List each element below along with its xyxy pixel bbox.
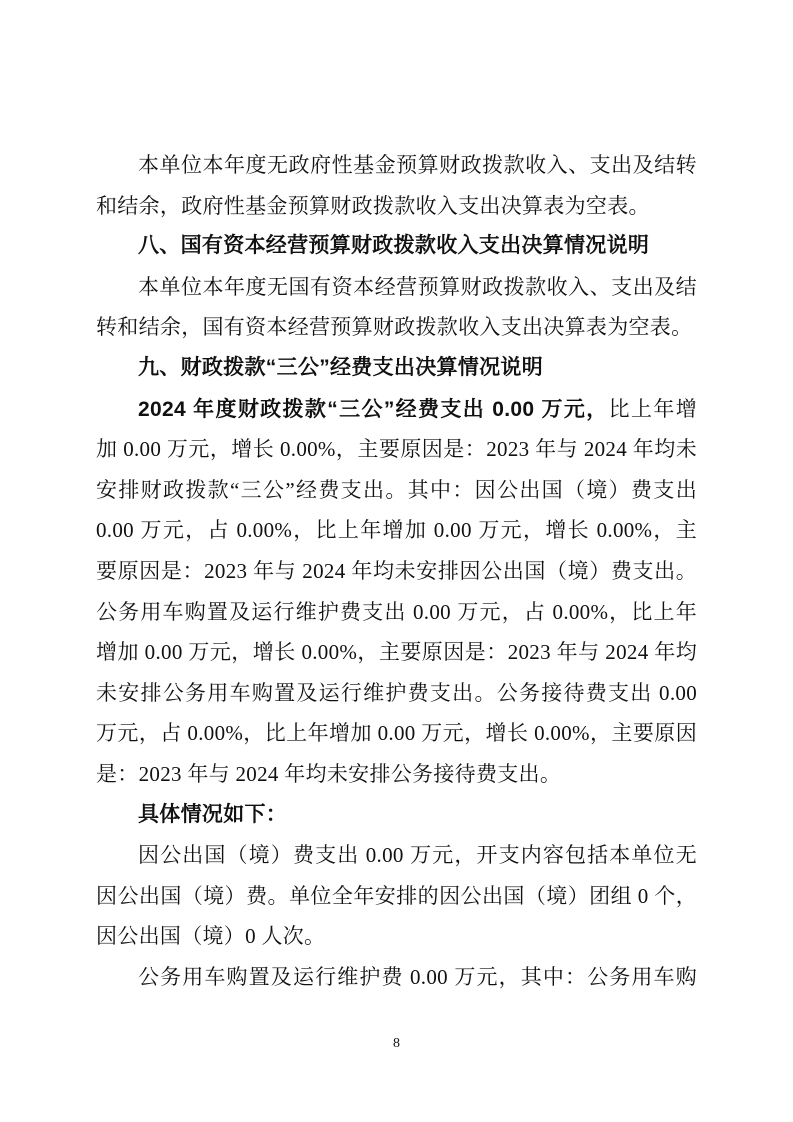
text-run: 本单位本年度无政府性基金预算财政拨款收入、支出及结转 [138,153,697,177]
text-run: 因公出国（境）0 人次。 [96,924,325,948]
text-run: 和结余，政府性基金预算财政拨款收入支出决算表为空表。 [96,194,650,218]
para-three-public-line1: 2024 年度财政拨款“三公”经费支出 0.00 万元，比上年增 [96,389,697,430]
text-run: 因公出国（境）费支出 0.00 万元，开支内容包括本单位无 [138,843,697,867]
subheading-details: 具体情况如下： [96,795,697,836]
text-run: 公务用车购置及运行维护费支出 0.00 万元，占 0.00%，比上年 [96,600,697,624]
text-run: 因公出国（境）费。单位全年安排的因公出国（境）团组 0 个， [96,884,697,908]
page-number: 8 [0,1036,793,1052]
document-body: 本单位本年度无政府性基金预算财政拨款收入、支出及结转和结余，政府性基金预算财政拨… [96,145,697,997]
section-heading-8: 八、国有资本经营预算财政拨款收入支出决算情况说明 [96,226,697,267]
para-abroad-line3: 因公出国（境）0 人次。 [96,916,697,957]
text-run: 是：2023 年与 2024 年均未安排公务接待费支出。 [96,762,561,786]
document-page: 本单位本年度无政府性基金预算财政拨款收入、支出及结转和结余，政府性基金预算财政拨… [0,0,793,1122]
para-state-capital-line2: 转和结余，国有资本经营预算财政拨款收入支出决算表为空表。 [96,307,697,348]
para-three-public-line7: 增加 0.00 万元，增长 0.00%，主要原因是：2023 年与 2024 年… [96,632,697,673]
para-three-public-line5: 要原因是：2023 年与 2024 年均未安排因公出国（境）费支出。 [96,551,697,592]
text-run: 安排财政拨款“三公”经费支出。其中：因公出国（境）费支出 [96,478,697,502]
para-three-public-line8: 未安排公务用车购置及运行维护费支出。公务接待费支出 0.00 [96,673,697,714]
text-run: 要原因是：2023 年与 2024 年均未安排因公出国（境）费支出。 [96,559,697,583]
text-run: 0.00 万元，占 0.00%，比上年增加 0.00 万元，增长 0.00%，主 [96,518,697,542]
text-run: 转和结余，国有资本经营预算财政拨款收入支出决算表为空表。 [96,315,692,339]
text-run: 比上年增 [609,397,697,421]
text-run: 本单位本年度无国有资本经营预算财政拨款收入、支出及结 [138,275,697,299]
text-run: 万元，占 0.00%，比上年增加 0.00 万元，增长 0.00%，主要原因 [96,721,697,745]
para-gov-fund-line2: 和结余，政府性基金预算财政拨款收入支出决算表为空表。 [96,186,697,227]
para-three-public-line6: 公务用车购置及运行维护费支出 0.00 万元，占 0.00%，比上年 [96,592,697,633]
para-three-public-line9: 万元，占 0.00%，比上年增加 0.00 万元，增长 0.00%，主要原因 [96,713,697,754]
text-run: 九、财政拨款“三公”经费支出决算情况说明 [138,356,543,379]
para-three-public-line3: 安排财政拨款“三公”经费支出。其中：因公出国（境）费支出 [96,470,697,511]
text-run: 2024 年度财政拨款“三公”经费支出 0.00 万元， [138,398,609,421]
text-run: 加 0.00 万元，增长 0.00%，主要原因是：2023 年与 2024 年均… [96,437,697,461]
para-abroad-line1: 因公出国（境）费支出 0.00 万元，开支内容包括本单位无 [96,835,697,876]
para-state-capital-line1: 本单位本年度无国有资本经营预算财政拨款收入、支出及结 [96,267,697,308]
para-three-public-line4: 0.00 万元，占 0.00%，比上年增加 0.00 万元，增长 0.00%，主 [96,510,697,551]
text-run: 八、国有资本经营预算财政拨款收入支出决算情况说明 [138,234,649,257]
para-three-public-line10: 是：2023 年与 2024 年均未安排公务接待费支出。 [96,754,697,795]
section-heading-9: 九、财政拨款“三公”经费支出决算情况说明 [96,348,697,389]
text-run: 具体情况如下： [138,803,287,826]
para-gov-fund-line1: 本单位本年度无政府性基金预算财政拨款收入、支出及结转 [96,145,697,186]
text-run: 公务用车购置及运行维护费 0.00 万元，其中：公务用车购 [138,965,697,989]
text-run: 增加 0.00 万元，增长 0.00%，主要原因是：2023 年与 2024 年… [96,640,697,664]
para-three-public-line2: 加 0.00 万元，增长 0.00%，主要原因是：2023 年与 2024 年均… [96,429,697,470]
para-vehicle-line1: 公务用车购置及运行维护费 0.00 万元，其中：公务用车购 [96,957,697,998]
text-run: 未安排公务用车购置及运行维护费支出。公务接待费支出 0.00 [96,681,697,705]
para-abroad-line2: 因公出国（境）费。单位全年安排的因公出国（境）团组 0 个， [96,876,697,917]
